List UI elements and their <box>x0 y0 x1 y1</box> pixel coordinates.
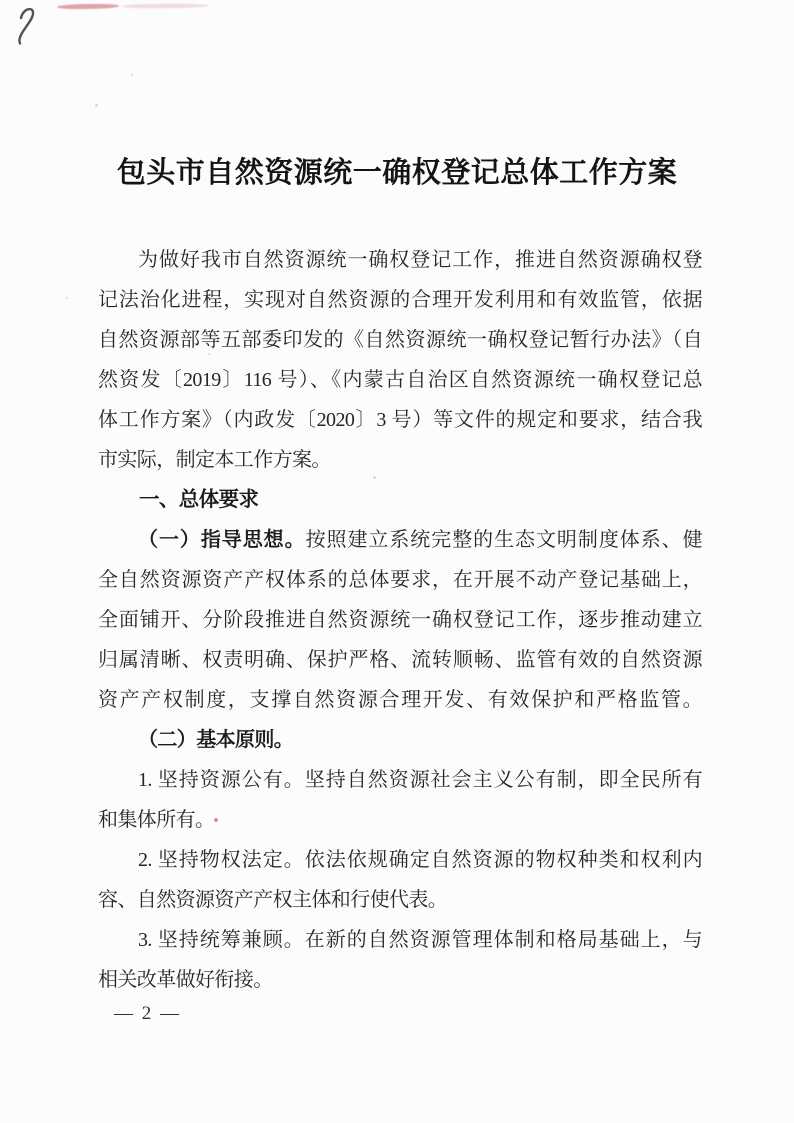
paragraph-line: （一）指导思想。按照建立系统完整的生态文明制度体系、健 <box>98 520 702 560</box>
paragraph-line: 3. 坚持统筹兼顾。在新的自然资源管理体制和格局基础上，与 <box>98 920 702 960</box>
paragraph-line: 全自然资源资产产权体系的总体要求，在开展不动产登记基础上， <box>98 560 702 600</box>
handwritten-mark <box>12 5 40 47</box>
paragraph-line: 1. 坚持资源公有。坚持自然资源社会主义公有制，即全民所有 <box>98 760 702 800</box>
paragraph-line: 体工作方案》（内政发〔2020〕3 号）等文件的规定和要求，结合我 <box>98 400 702 440</box>
page-number: — 2 — <box>114 1003 181 1025</box>
paragraph-line: 资产产权制度，支撑自然资源合理开发、有效保护和严格监管。 <box>98 680 702 720</box>
line-text: 按照建立系统完整的生态文明制度体系、健 <box>306 529 702 551</box>
paragraph-line: 归属清晰、权责明确、保护严格、流转顺畅、监管有效的自然资源 <box>98 640 702 680</box>
scan-speck <box>95 104 98 107</box>
scan-speck <box>66 297 68 299</box>
paragraph-line: 全面铺开、分阶段推进自然资源统一确权登记工作，逐步推动建立 <box>98 600 702 640</box>
paragraph-line: 和集体所有。 <box>98 800 702 840</box>
red-ink-smudge <box>121 4 209 9</box>
paragraph-line: 为做好我市自然资源统一确权登记工作，推进自然资源确权登 <box>98 240 702 280</box>
paragraph-line: 市实际，制定本工作方案。 <box>98 440 702 480</box>
lead-phrase: （一）指导思想。 <box>138 529 306 551</box>
paragraph-line: （二）基本原则。 <box>98 720 702 760</box>
red-ink-smudge <box>57 3 119 9</box>
lead-phrase: （二）基本原则。 <box>138 729 293 751</box>
scan-speck <box>131 74 133 76</box>
page-title: 包头市自然资源统一确权登记总体工作方案 <box>0 150 794 191</box>
paragraph-line: 容、自然资源资产产权主体和行使代表。 <box>98 880 702 920</box>
section-heading: 一、总体要求 <box>98 480 702 520</box>
document-page: 包头市自然资源统一确权登记总体工作方案 为做好我市自然资源统一确权登记工作，推进… <box>0 0 794 1123</box>
paragraph-line: 自然资源部等五部委印发的《自然资源统一确权登记暂行办法》（自 <box>98 320 702 360</box>
paragraph-line: 记法治化进程，实现对自然资源的合理开发利用和有效监管，依据 <box>98 280 702 320</box>
paragraph-line: 然资发〔2019〕116 号）、《内蒙古自治区自然资源统一确权登记总 <box>98 360 702 400</box>
paragraph-line: 相关改革做好衔接。 <box>98 960 702 1000</box>
document-body: 为做好我市自然资源统一确权登记工作，推进自然资源确权登 记法治化进程，实现对自然… <box>98 240 702 1000</box>
paragraph-line: 2. 坚持物权法定。依法依规确定自然资源的物权种类和权利内 <box>98 840 702 880</box>
